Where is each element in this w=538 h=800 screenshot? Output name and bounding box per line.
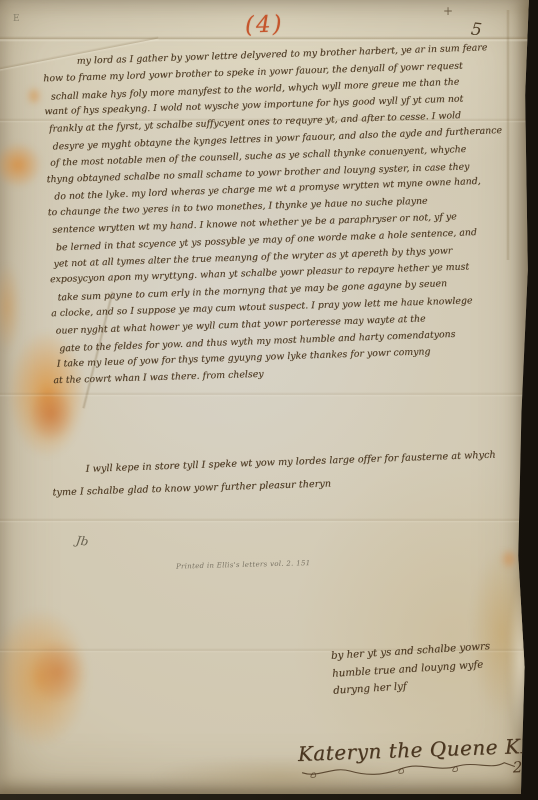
stain	[500, 548, 518, 570]
fold-crease	[0, 518, 530, 523]
folio-number-ink: 5	[470, 19, 483, 40]
signature-block: Kateryn the Quene KP 2	[297, 734, 524, 780]
manuscript-photo: E (4) + 5 Jb my lord as I gather by yowr…	[0, 0, 538, 800]
stain	[0, 608, 90, 748]
folio-number-red: (4)	[245, 11, 284, 38]
stain	[28, 386, 74, 442]
letter-closing: by her yt ys and schalbe yowrs humble tr…	[331, 636, 524, 700]
letter-postscript: I wyll kepe in store tyll I speke wt yow…	[55, 443, 508, 505]
stain	[30, 640, 86, 704]
top-left-mark: E	[13, 14, 20, 24]
bottom-right-mark: 2	[513, 758, 523, 776]
stain	[470, 548, 534, 718]
corner-cross-mark: +	[443, 4, 453, 18]
letter-body: my lord as I gather by yowr lettre delyv…	[47, 39, 524, 390]
stain	[0, 142, 42, 188]
pencil-mark: Jb	[75, 533, 89, 549]
stain	[26, 86, 42, 106]
stain	[0, 262, 22, 352]
letter-page: E (4) + 5 Jb my lord as I gather by yowr…	[0, 0, 531, 794]
pencil-citation-note: Printed in Ellis's letters vol. 2. 151	[176, 557, 376, 570]
fold-crease	[0, 392, 530, 397]
